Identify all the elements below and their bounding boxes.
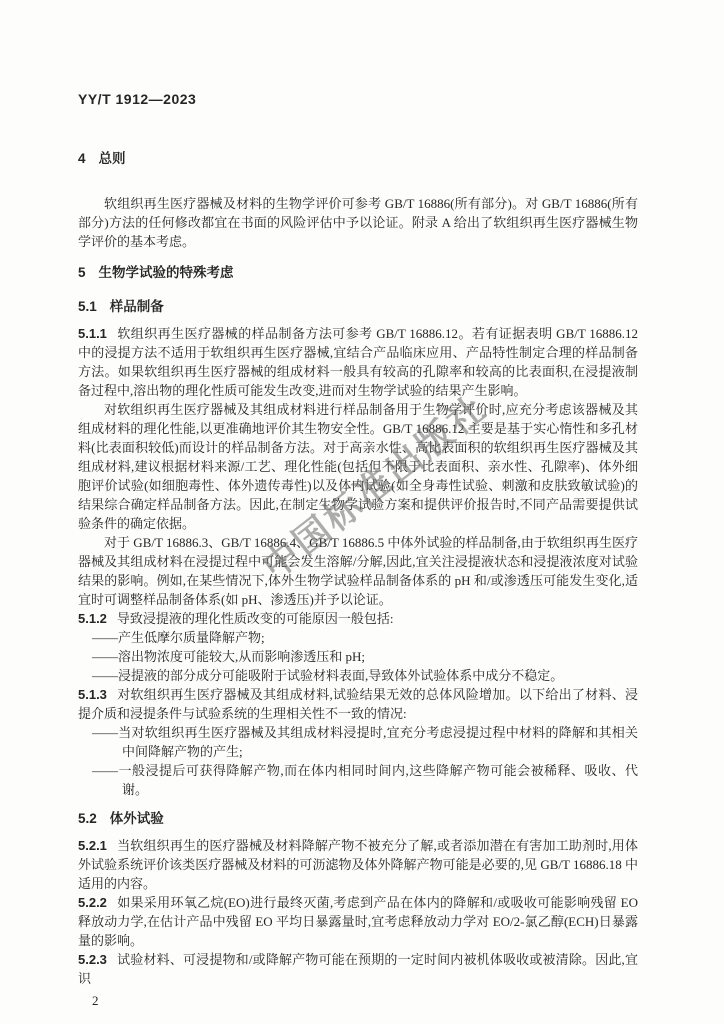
section-5-number: 5 xyxy=(78,265,86,280)
list-item: ——一般浸提后可获得降解产物,而在体内相同时间内,这些降解产物可能会被稀释、吸收… xyxy=(92,761,638,799)
clause-5-1-2-list: ——产生低摩尔质量降解产物; ——溶出物浓度可能较大,从而影响渗透压和 pH; … xyxy=(78,628,638,685)
clause-5-1-1-paragraph-3: 对于 GB/T 16886.3、GB/T 16886.4、GB/T 16886.… xyxy=(78,533,638,609)
list-item: ——浸提液的部分成分可能吸附于试验材料表面,导致体外试验体系中成分不稳定。 xyxy=(92,666,638,685)
clause-5-2-2: 5.2.2如果采用环氧乙烷(EO)进行最终灭菌,考虑到产品在体内的降解和/或吸收… xyxy=(78,893,638,950)
clause-5-2-3-number: 5.2.3 xyxy=(78,952,107,967)
clause-5-2-1: 5.2.1当软组织再生的医疗器械及材料降解产物不被充分了解,或者添加潜在有害加工… xyxy=(78,836,638,893)
list-item: ——溶出物浓度可能较大,从而影响渗透压和 pH; xyxy=(92,647,638,666)
clause-5-1-2-number: 5.1.2 xyxy=(78,611,107,626)
section-5-2-title: 体外试验 xyxy=(110,811,164,826)
page-content: YY/T 1912—2023 4总则 软组织再生医疗器械及材料的生物学评价可参考… xyxy=(0,0,724,1010)
section-4-paragraph: 软组织再生医疗器械及材料的生物学评价可参考 GB/T 16886(所有部分)。对… xyxy=(78,194,638,251)
clause-5-1-1-number: 5.1.1 xyxy=(78,326,107,341)
section-5-2-number: 5.2 xyxy=(78,811,97,826)
clause-5-2-3-text: 试验材料、可浸提物和/或降解产物可能在预期的一定时间内被机体吸收或被清除。因此,… xyxy=(78,952,638,986)
section-4-title: 总则 xyxy=(99,151,126,166)
clause-5-1-1-text: 软组织再生医疗器械的样品制备方法可参考 GB/T 16886.12。若有证据表明… xyxy=(78,326,638,398)
clause-5-2-2-text: 如果采用环氧乙烷(EO)进行最终灭菌,考虑到产品在体内的降解和/或吸收可能影响残… xyxy=(78,895,638,948)
clause-5-1-2: 5.1.2导致浸提液的理化性质改变的可能原因一般包括: xyxy=(78,609,638,628)
clause-5-2-3: 5.2.3试验材料、可浸提物和/或降解产物可能在预期的一定时间内被机体吸收或被清… xyxy=(78,950,638,988)
clause-5-2-2-number: 5.2.2 xyxy=(78,895,107,910)
clause-5-1-1-paragraph-2: 对软组织再生医疗器械及其组成材料进行样品制备用于生物学评价时,应充分考虑该器械及… xyxy=(78,400,638,533)
clause-5-2-1-number: 5.2.1 xyxy=(78,838,107,853)
list-item: ——当对软组织再生医疗器械及其组成材料浸提时,宜充分考虑浸提过程中材料的降解和其… xyxy=(92,723,638,761)
section-5-1-number: 5.1 xyxy=(78,299,97,314)
list-item: ——产生低摩尔质量降解产物; xyxy=(92,628,638,647)
clause-5-1-3-number: 5.1.3 xyxy=(78,687,107,702)
section-4-number: 4 xyxy=(78,151,86,166)
section-5-heading: 5生物学试验的特殊考虑 xyxy=(78,263,638,282)
section-4-heading: 4总则 xyxy=(78,149,638,168)
clause-5-1-1: 5.1.1软组织再生医疗器械的样品制备方法可参考 GB/T 16886.12。若… xyxy=(78,324,638,400)
clause-5-2-1-text: 当软组织再生的医疗器械及材料降解产物不被充分了解,或者添加潜在有害加工助剂时,用… xyxy=(78,838,638,891)
section-5-2-heading: 5.2体外试验 xyxy=(78,809,638,828)
clause-5-1-3-list: ——当对软组织再生医疗器械及其组成材料浸提时,宜充分考虑浸提过程中材料的降解和其… xyxy=(78,723,638,799)
standard-number-header: YY/T 1912—2023 xyxy=(78,90,638,109)
page-number: 2 xyxy=(78,991,638,1010)
section-5-1-title: 样品制备 xyxy=(110,299,164,314)
section-5-1-heading: 5.1样品制备 xyxy=(78,297,638,316)
clause-5-1-3: 5.1.3对软组织再生医疗器械及其组成材料,试验结果无效的总体风险增加。以下给出… xyxy=(78,685,638,723)
clause-5-1-3-text: 对软组织再生医疗器械及其组成材料,试验结果无效的总体风险增加。以下给出了材料、浸… xyxy=(78,687,638,721)
section-5-title: 生物学试验的特殊考虑 xyxy=(99,265,234,280)
document-page: 中国标准出版社 YY/T 1912—2023 4总则 软组织再生医疗器械及材料的… xyxy=(0,0,724,1024)
clause-5-1-2-text: 导致浸提液的理化性质改变的可能原因一般包括: xyxy=(117,611,394,626)
